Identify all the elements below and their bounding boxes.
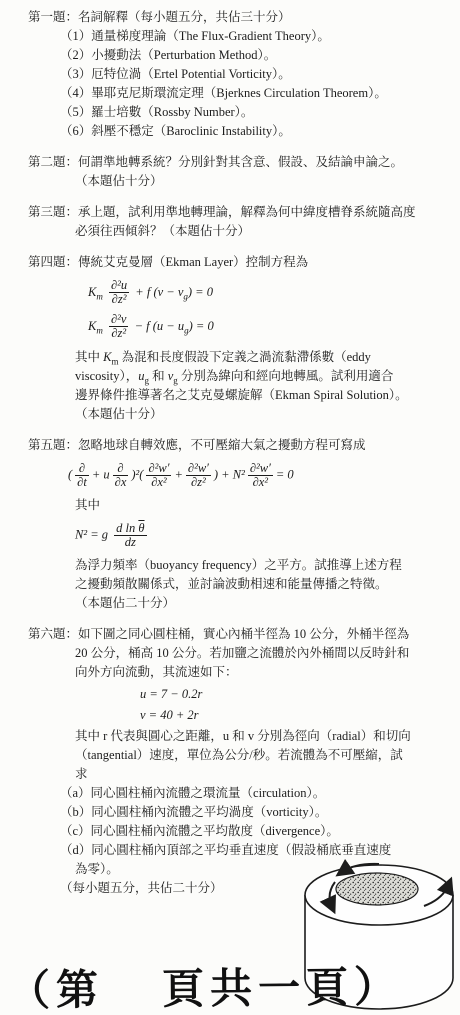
q6-paragraph-line-2: （tangential）速度，單位為公分/秒。若流體為不可壓縮，試	[28, 746, 456, 765]
q1-term-item-6: （6）斜壓不穩定（Baroclinic Instability）。	[28, 122, 456, 141]
fraction: ∂²w′∂z²	[186, 462, 211, 489]
q1-term-item-4: （4）畢耶克尼斯環流定理（Bjerknes Circulation Theore…	[28, 84, 456, 103]
fraction: ∂∂t	[75, 462, 89, 489]
question-5: 第五題：忽略地球自轉效應，不可壓縮大氣之擾動方程可寫成 (∂∂t+ u∂∂x)²…	[28, 436, 456, 614]
q1-term-item-3: （3）厄特位渦（Ertel Potential Vorticity）。	[28, 65, 456, 84]
inner-cylinder-top	[336, 873, 418, 905]
q1-term-item-5: （5）羅士培數（Rossby Number）。	[28, 103, 456, 122]
q6-paragraph-line-1: 其中 r 代表與圓心之距離，u 和 v 分別為徑向（radial）和切向	[28, 727, 456, 746]
equation-term: Km	[88, 319, 103, 333]
q5-paragraph-line-1: 為浮力頻率（buoyancy frequency）之平方。試推導上述方程	[28, 556, 456, 575]
ekman-equation-v: Km ∂²v∂z² − f (u − ug) = 0	[28, 313, 456, 340]
exam-page: 第一題：名詞解釋（每小題五分，共佔三十分） （1）通量梯度理論（The Flux…	[0, 0, 460, 898]
q4-paragraph-line-3: 邊界條件推導著名之艾克曼螺旋解（Ekman Spiral Solution）。	[28, 386, 456, 405]
question-1: 第一題：名詞解釋（每小題五分，共佔三十分） （1）通量梯度理論（The Flux…	[28, 8, 456, 141]
q4-score-note: （本題佔十分）	[28, 405, 456, 424]
page-footer: （第頁共一頁）	[8, 954, 403, 1015]
question-6-continuation-2: 向外方向流動，其流速如下：	[28, 663, 456, 682]
fraction: ∂∂x	[113, 462, 129, 489]
q5-paragraph-line-2: 之擾動頻散關係式，並討論波動相速和能量傳播之特徵。	[28, 575, 456, 594]
question-2-title: 第二題：何謂準地轉系統？分別針對其含意、假設、及結論申論之。	[28, 153, 456, 172]
ekman-equation-u: Km ∂²u∂z² + f (v − vg) = 0	[28, 279, 456, 306]
q4-paragraph-line-1: 其中 Km 為混和長度假設下定義之渦流黏滯係數（eddy	[28, 348, 456, 367]
q4-paragraph-line-2: viscosity），ug 和 vg 分別為緯向和經向地轉風。試利用適合	[28, 367, 456, 386]
q5-score-note: （本題佔二十分）	[28, 594, 456, 613]
q1-term-item-2: （2）小擾動法（Perturbation Method）。	[28, 46, 456, 65]
tangential-velocity-equation: v = 40 + 2r	[28, 706, 456, 724]
question-1-title: 第一題：名詞解釋（每小題五分，共佔三十分）	[28, 8, 456, 27]
q6-subquestion-c: （c）同心圓柱桶內流體之平均散度（divergence）。	[28, 822, 456, 841]
fraction: ∂²w′∂x²	[248, 462, 273, 489]
q6-paragraph-line-3: 求	[28, 765, 456, 784]
q6-subquestion-a: （a）同心圓柱桶內流體之環流量（circulation）。	[28, 784, 456, 803]
question-4-title: 第四題：傳統艾克曼層（Ekman Layer）控制方程為	[28, 253, 456, 272]
question-6-continuation-1: 20 公分，桶高 10 公分。若加鹽之流體於內外桶間以反時針和	[28, 644, 456, 663]
page-footer-left: （第	[8, 968, 104, 1015]
question-3-continuation: 必須往西傾斜？（本題佔十分）	[28, 222, 456, 241]
fraction: d ln θdz	[114, 522, 146, 549]
page-number-blank	[104, 1003, 162, 1004]
q2-score-note: （本題佔十分）	[28, 172, 456, 191]
question-4: 第四題：傳統艾克曼層（Ekman Layer）控制方程為 Km ∂²u∂z² +…	[28, 253, 456, 424]
page-footer-right: 頁共一頁）	[162, 965, 402, 1014]
equation-term: + f (v − vg) = 0	[135, 285, 213, 299]
question-3-title: 第三題：承上題，試利用準地轉理論，解釋為何中緯度槽脊系統隨高度	[28, 203, 456, 222]
question-2: 第二題：何謂準地轉系統？分別針對其含意、假設、及結論申論之。 （本題佔十分）	[28, 153, 456, 191]
equation-term: Km	[88, 285, 103, 299]
perturbation-equation: (∂∂t+ u∂∂x)²(∂²w′∂x²+∂²w′∂z²) + N²∂²w′∂x…	[28, 462, 456, 489]
fraction: ∂²w′∂x²	[146, 462, 171, 489]
fraction: ∂²v∂z²	[109, 313, 128, 340]
q6-subquestion-b: （b）同心圓柱桶內流體之平均渦度（vorticity）。	[28, 803, 456, 822]
buoyancy-frequency-equation: N² = g d ln θdz	[28, 522, 456, 549]
fraction: ∂²u∂z²	[109, 279, 129, 306]
question-6-title: 第六題：如下圖之同心圓柱桶，實心內桶半徑為 10 公分，外桶半徑為	[28, 625, 456, 644]
q1-term-item-1: （1）通量梯度理論（The Flux-Gradient Theory）。	[28, 27, 456, 46]
equation-term: − f (u − ug) = 0	[135, 319, 214, 333]
q5-mid-text: 其中	[28, 496, 456, 515]
question-3: 第三題：承上題，試利用準地轉理論，解釋為何中緯度槽脊系統隨高度 必須往西傾斜？（…	[28, 203, 456, 241]
radial-velocity-equation: u = 7 − 0.2r	[28, 685, 456, 703]
question-5-title: 第五題：忽略地球自轉效應，不可壓縮大氣之擾動方程可寫成	[28, 436, 456, 455]
